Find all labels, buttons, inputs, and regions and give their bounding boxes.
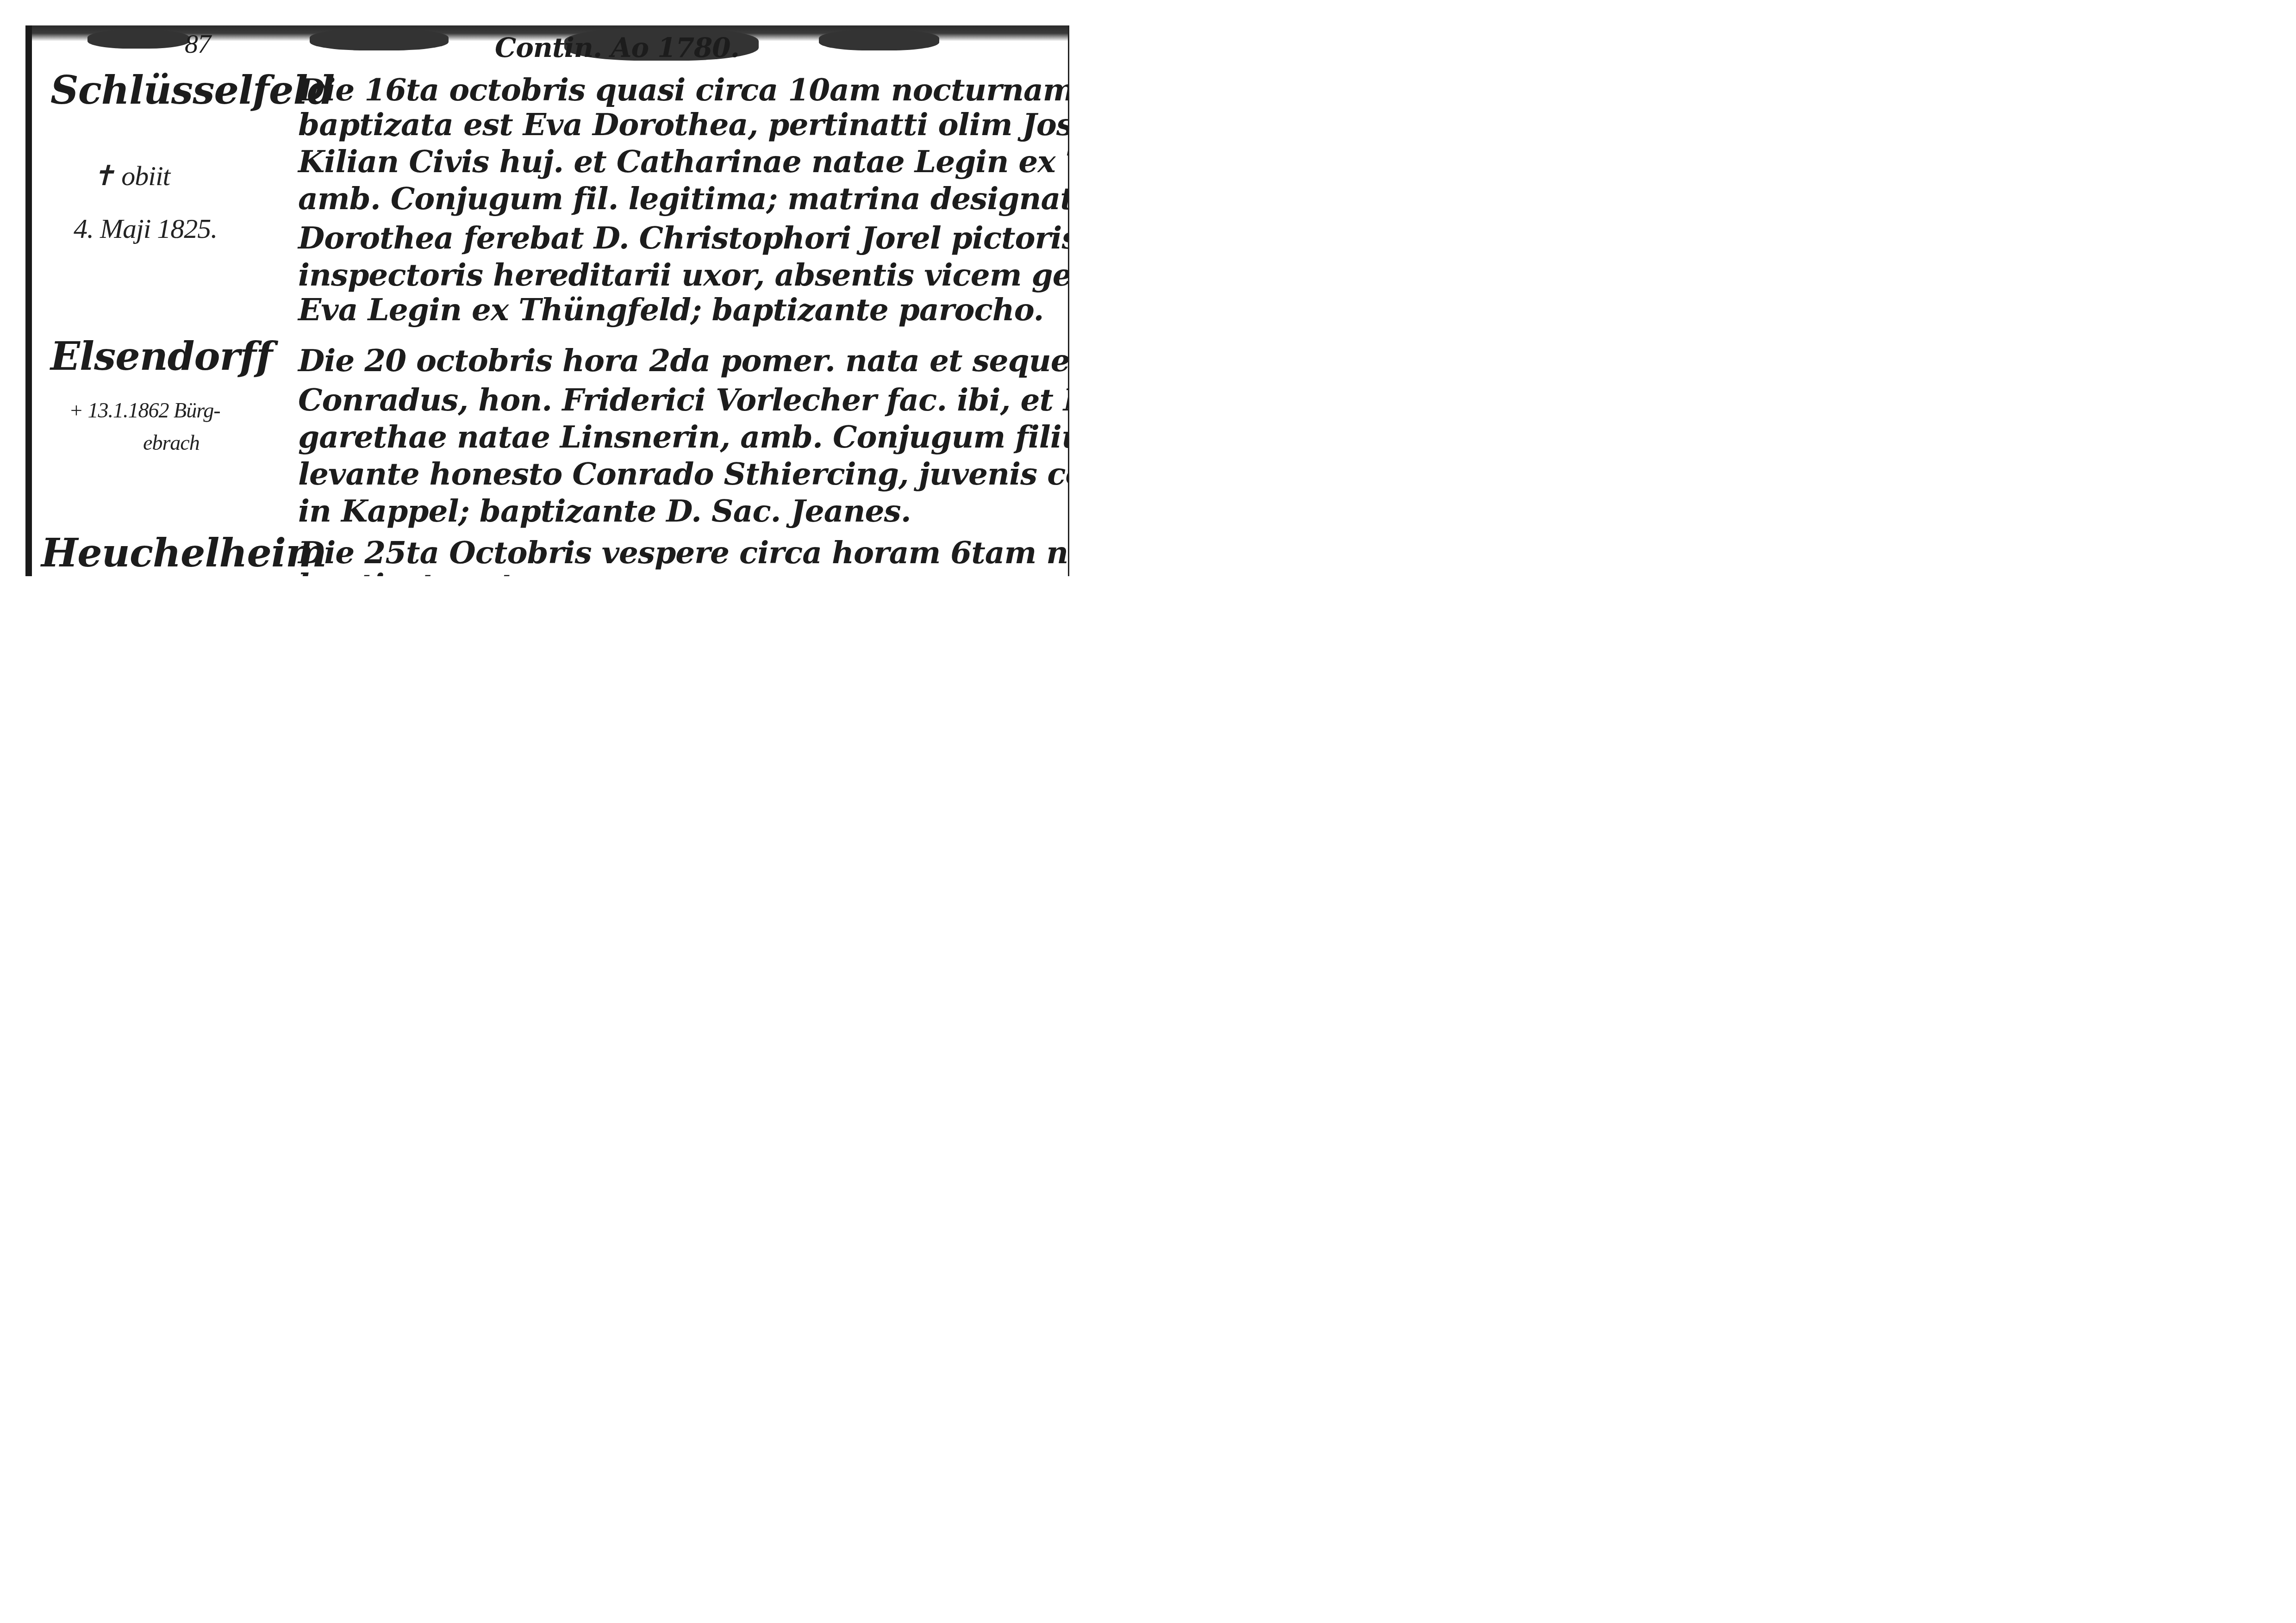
- entry-place-heuchelheim: Heuchelheim: [41, 530, 326, 576]
- entry-death-date: 4. Maji 1825.: [74, 213, 217, 245]
- entry-place-schluesselfeld: Schlüsselfeld: [50, 67, 334, 113]
- entry-line: levante honesto Conrado Sthiercing, juve…: [298, 456, 1069, 492]
- entry-line: Conradus, hon. Friderici Vorlecher fac. …: [298, 382, 1069, 418]
- entry-line: Die 16ta octobris quasi circa 10am noctu…: [298, 72, 1069, 108]
- page-header: Contin. Ao 1780.: [495, 32, 739, 63]
- entry-line: amb. Conjugum fil. legitima; matrina des…: [298, 180, 1069, 217]
- entry-line: Eva Legin ex Thüngfeld; baptizante paroc…: [298, 292, 1043, 328]
- entry-place-elsendorff: Elsendorff: [50, 333, 272, 379]
- entry-line: inspectoris hereditarii uxor, absentis v…: [298, 257, 1069, 293]
- entry-death-note: + 13.1.1862 Bürg-: [69, 398, 220, 423]
- entry-line: in Kappel; baptizante D. Sac. Jeanes.: [298, 493, 911, 529]
- entry-line: Die 20 octobris hora 2da pomer. nata et …: [298, 342, 1069, 379]
- entry-line: baptizata est ...: [298, 567, 554, 576]
- entry-line: Die 25ta Octobris vespere circa horam 6t…: [298, 535, 1069, 571]
- entry-line: baptizata est Eva Dorothea, pertinatti o…: [298, 106, 1069, 143]
- entry-line: Dorothea ferebat D. Christophori Jorel p…: [298, 220, 1069, 256]
- entry-death-note: ✝ obiit: [92, 160, 170, 192]
- entry-death-place: ebrach: [143, 430, 200, 455]
- entry-line: garethae natae Linsnerin, amb. Conjugum …: [298, 419, 1069, 455]
- page-number: 87: [185, 28, 211, 59]
- entry-line: Kilian Civis huj. et Catharinae natae Le…: [298, 143, 1069, 180]
- scanned-register-page: 87 Contin. Ao 1780. Schlüsselfeld ✝ obii…: [25, 25, 1069, 576]
